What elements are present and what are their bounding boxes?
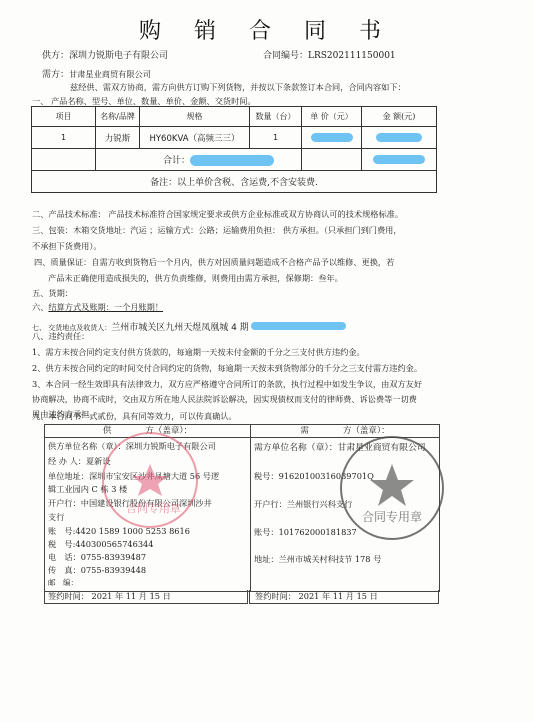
redaction-mark (190, 155, 274, 166)
cell-qty: 1 (250, 127, 302, 149)
document-title: 购 销 合 同 书 (0, 14, 533, 45)
header-brand: 名称/品牌 (96, 107, 140, 127)
clause-4b: 产品未正确使用造成损失的，供方负责维修，则费用由需方承担，保修期：叁年。 (48, 273, 343, 284)
supplier-account: 账 号:4420 1589 1000 5253 8616 (48, 526, 190, 537)
clause-8-3b: 协商解决，协商不成时，交由双方所在地人民法院诉讼解决，因实现债权而支付的律师费、… (32, 394, 417, 405)
clause-4a: 四、质量保证：自需方收到货物后一个月内，供方对因质量问题造成不合格产品予以维修、… (34, 257, 394, 268)
header-amount: 金 额(元) (362, 107, 437, 127)
table-total-row: 合计： (32, 149, 437, 171)
buyer-label: 需方： (42, 70, 69, 80)
redaction-mark (376, 133, 422, 142)
clause-8-3a: 3、本合同一经生效即具有法律效力，双方应严格遵守合同所订的条款，执行过程中如发生… (32, 379, 422, 390)
clause-8-1: 1、需方未按合同约定支付供方货款的，每逾期一天按未付金额的千分之三支付供方违约金… (32, 347, 365, 358)
clause-2: 二、产品技术标准： 产品技术标准符合国家规定要求或供方企业标准或双方协商认可的技… (32, 209, 403, 220)
cell-unit-price (302, 127, 362, 149)
table-row: 1 力锐斯 HY60KVA（高频三三） 1 (32, 127, 437, 149)
cell-item: 1 (32, 127, 96, 149)
clause-9: 九、本合同书一式贰份，具有同等效力，可以传真确认。 (32, 411, 237, 422)
clause-3b: 不承担下货费用）。 (32, 241, 102, 252)
table-note-row: 备注：以上单价含税、含运费,不含安装费. (32, 171, 437, 193)
cell-amount (362, 127, 437, 149)
delivery-address: 兰州市城关区九州天煜凤凰城 4 期 (111, 323, 248, 333)
intro-text: 兹经供、需双方协商，需方向供方订购下列货物，并按以下条款签订本合同，合同内容如下… (70, 82, 406, 93)
buyer-line: 需方：甘肃星业商贸有限公司 (42, 67, 151, 80)
supplier-company-seal: 合同专用章 (102, 432, 198, 528)
payment-terms: 结算方式及账期：一个月账期！ (48, 302, 163, 312)
contract-number-line: 合同编号：LRS202111150001 (263, 48, 396, 61)
supplier-phone: 电 话：0755-83939487 (48, 552, 146, 563)
supplier-sign-date: 签约时间： 2021 年 11 月 15 日 (44, 590, 248, 604)
buyer-name: 甘肃星业商贸有限公司 (69, 69, 151, 79)
buyer-company-seal: 合同专用章 (340, 436, 444, 540)
clause-5: 五、货期： (32, 288, 73, 299)
header-item: 项目 (32, 107, 96, 127)
buyer-address: 地址：兰州市城关村科技节 178 号 (254, 554, 381, 565)
contract-no: LRS202111150001 (308, 51, 396, 61)
redaction-mark (311, 133, 353, 142)
supplier-agent: 经 办 人：夏新设 (48, 456, 111, 467)
clause-8-heading: 八、违约责任： (32, 331, 89, 342)
buyer-bank: 开户行：兰州银行兴科支行 (254, 499, 352, 510)
note-cell: 备注：以上单价含税、含运费,不含安装费. (32, 171, 437, 193)
contract-no-label: 合同编号： (263, 51, 308, 61)
supplier-label: 供方： (42, 51, 69, 61)
supplier-tax-number: 税 号:440300565746344 (48, 539, 153, 550)
seal-text: 合同专用章 (126, 500, 181, 516)
header-qty: 数量（台） (250, 107, 302, 127)
header-spec: 规格 (140, 107, 250, 127)
buyer-sign-date: 签约时间： 2021 年 11 月 15 日 (249, 590, 439, 604)
total-amount-cell (362, 149, 437, 171)
redaction-mark (251, 322, 346, 330)
header-unit-price: 单 价（元） (302, 107, 362, 127)
cell-brand: 力锐斯 (96, 127, 140, 149)
supplier-name: 深圳力锐斯电子有限公司 (69, 51, 168, 61)
supplier-fax: 传 真：0755-83939448 (48, 565, 146, 576)
goods-table: 项目 名称/品牌 规格 数量（台） 单 价（元） 金 额(元) 1 力锐斯 HY… (31, 106, 437, 193)
buyer-block-header: 需 方（盖章）： (251, 425, 439, 438)
table-header-row: 项目 名称/品牌 规格 数量（台） 单 价（元） 金 额(元) (32, 107, 437, 127)
supplier-postcode: 邮 编： (48, 577, 78, 588)
seal-text: 合同专用章 (362, 508, 422, 525)
total-cell: 合计： (96, 149, 302, 171)
cell-spec: HY60KVA（高频三三） (140, 127, 250, 149)
supplier-bank-2: 支行 (48, 512, 64, 523)
total-label: 合计： (163, 156, 190, 166)
redaction-mark (373, 155, 425, 164)
clause-3a: 三、包装：木箱交货地址：汽运 ；运输方式：公路；运输费用负担： 供方承担。（只承… (32, 225, 402, 236)
clause-8-2: 2、供方未按合同约定的时间交付合同约定的货物，每逾期一天按未到货物部分的千分之三… (32, 363, 422, 374)
clause-6: 六、结算方式及账期：一个月账期！ (32, 302, 163, 313)
supplier-line: 供方：深圳力锐斯电子有限公司 (42, 48, 168, 61)
